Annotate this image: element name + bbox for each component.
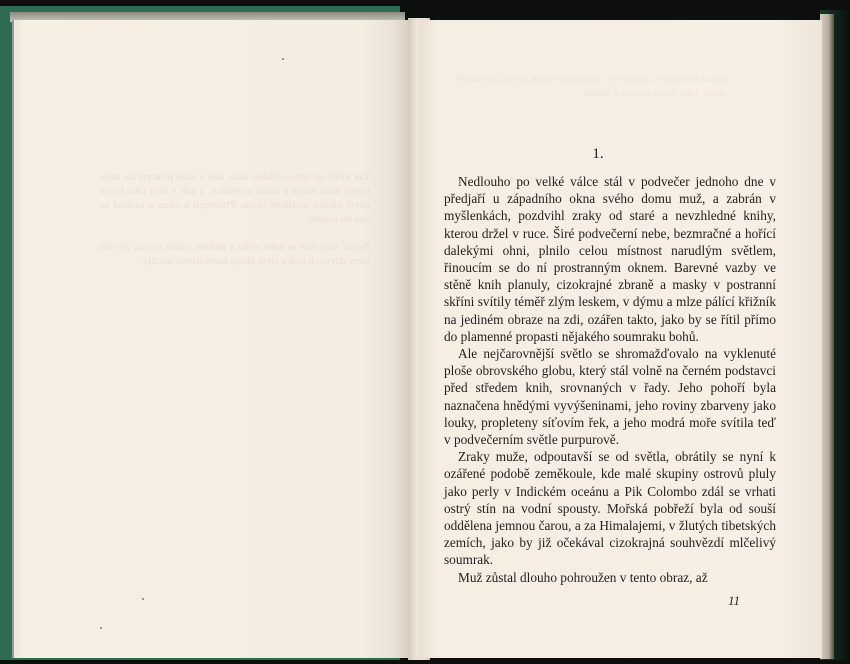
paragraph: Zraky muže, odpoutavší se od světla, obr… [444,448,776,568]
right-page-show-through: a nad mořem se zvedal vítr, studený a vl… [455,72,725,100]
left-page-show-through: Tak vešel do toho velkého sálu, kde v sa… [100,170,370,268]
paragraph: Muž zůstal dlouho pohroužen v tento obra… [444,569,776,586]
paper-speck [282,58,284,60]
chapter-number: 1. [418,146,778,163]
paper-speck [142,598,144,600]
page-number: 11 [728,593,740,609]
left-page [12,20,410,658]
chapter-text: Nedlouho po velké válce stál v podvečer … [444,173,776,586]
paragraph: Ale nejčarovnější světlo se shromažďoval… [444,345,776,448]
paragraph: Nedlouho po velké válce stál v podvečer … [444,173,776,345]
page-stack-edge [820,14,834,659]
paper-speck [100,627,102,629]
